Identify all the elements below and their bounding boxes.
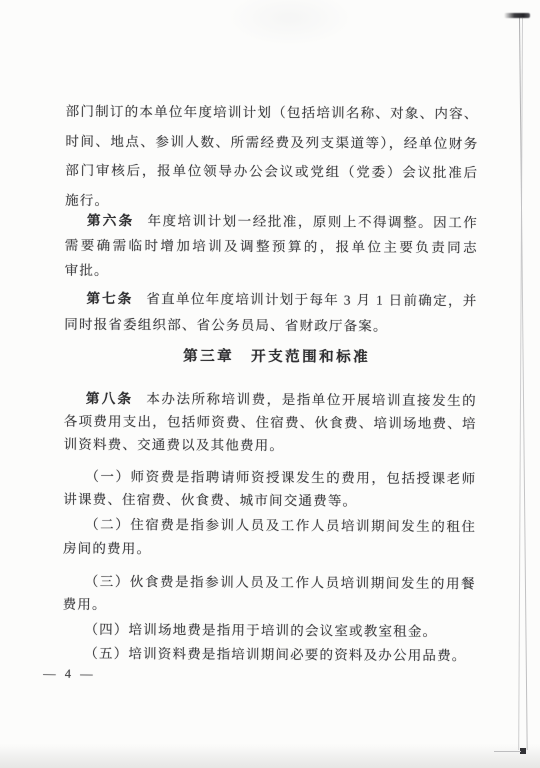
article-text: 省直单位年度培训计划于每年 3 月 1 日前确定，并 (146, 291, 477, 308)
text-line: 第八条本办法所称培训费，是指单位开展培训直接发生的 (64, 387, 477, 413)
text-line: 费用。 (63, 593, 476, 619)
text-line: 审批。 (65, 258, 478, 286)
paragraph-item-1: （一）师资费是指聘请师资授课发生的费用，包括授课老师 讲课费、住宿费、伙食费、城… (63, 465, 476, 514)
text-line: 训资料费、交通费以及其他费用。 (64, 433, 477, 459)
scan-artifact-top-mark (504, 13, 530, 18)
text-line: （二）住宿费是指参训人员及工作人员培训期间发生的租住 (63, 513, 476, 540)
text-line: 需要确需临时增加培训及调整预算的，报单位主要负责同志 (65, 233, 478, 261)
page-number: — 4 — (43, 667, 96, 682)
paragraph-item-2: （二）住宿费是指参训人员及工作人员培训期间发生的租住 房间的费用。 (63, 513, 476, 564)
text-line: 部门制订的本单位年度培训计划（包括培训名称、对象、内容、 (66, 97, 479, 129)
text-line: 房间的费用。 (63, 537, 476, 564)
text-line: （四）培训场地费是指用于培训的会议室或教室租金。 (62, 618, 475, 644)
text-line: 第七条省直单位年度培训计划于每年 3 月 1 日前确定，并 (64, 286, 477, 315)
article-number: 第六条 (87, 213, 135, 228)
article-text: 年度培训计划一经批准，原则上不得调整。因工作 (147, 213, 478, 230)
paragraph-article-8: 第八条本办法所称培训费，是指单位开展培训直接发生的 各项费用支出，包括师资费、住… (64, 387, 477, 459)
text-line: （五）培训资料费是指培训期间必要的资料及办公用品费。 (62, 642, 475, 668)
text-line: 第六条年度培训计划一经批准，原则上不得调整。因工作 (65, 208, 478, 236)
page-content: 部门制订的本单位年度培训计划（包括培训名称、对象、内容、 时间、地点、参训人数、… (0, 0, 540, 768)
paragraph-article-6: 第六条年度培训计划一经批准，原则上不得调整。因工作 需要确需临时增加培训及调整预… (65, 208, 478, 286)
text-line: 同时报省委组织部、省公务员局、省财政厅备案。 (64, 312, 477, 341)
paragraph-article-7: 第七条省直单位年度培训计划于每年 3 月 1 日前确定，并 同时报省委组织部、省… (64, 286, 477, 341)
text-line: （三）伙食费是指参训人员及工作人员培训期间发生的用餐 (63, 570, 476, 596)
text-line: 各项费用支出，包括师资费、住宿费、伙食费、培训场地费、培 (64, 410, 477, 436)
scan-artifact-bottom-line (494, 751, 521, 752)
paragraph-annual-plan: 部门制订的本单位年度培训计划（包括培训名称、对象、内容、 时间、地点、参训人数、… (65, 97, 479, 218)
text-line: （一）师资费是指聘请师资授课发生的费用，包括授课老师 (63, 465, 476, 491)
article-text: 本办法所称培训费，是指单位开展培训直接发生的 (146, 391, 477, 408)
paragraph-item-5: （五）培训资料费是指培训期间必要的资料及办公用品费。 (62, 642, 475, 668)
text-line: 部门审核后，报单位领导办公会议或党组（党委）会议批准后 (65, 156, 478, 188)
text-line: 时间、地点、参训人数、所需经费及列支渠道等），经单位财务 (65, 126, 478, 158)
paragraph-item-3: （三）伙食费是指参训人员及工作人员培训期间发生的用餐 费用。 (63, 570, 476, 619)
text-line: 讲课费、住宿费、伙食费、城市间交通费等。 (63, 488, 476, 514)
article-number: 第七条 (86, 291, 133, 306)
scanned-document-page: 部门制订的本单位年度培训计划（包括培训名称、对象、内容、 时间、地点、参训人数、… (0, 0, 540, 768)
paragraph-item-4: （四）培训场地费是指用于培训的会议室或教室租金。 (62, 618, 475, 644)
chapter-heading: 第三章 开支范围和标准 (64, 345, 489, 370)
article-number: 第八条 (86, 391, 134, 406)
